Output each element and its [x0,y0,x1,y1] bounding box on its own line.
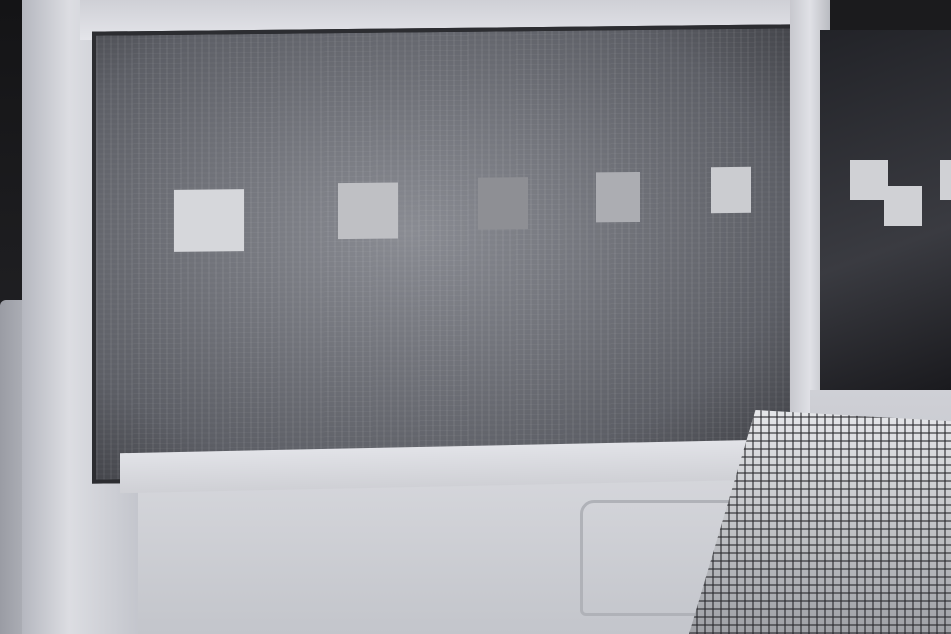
square-sticker [850,160,888,200]
square-sticker [174,189,244,252]
square-sticker [596,172,640,222]
square-sticker [478,177,528,230]
scratched-glass-panel [92,24,796,483]
square-sticker [338,182,398,239]
square-sticker [884,186,922,226]
square-sticker [711,167,751,213]
scratched-glass-texture [96,28,792,479]
square-sticker [940,160,951,200]
